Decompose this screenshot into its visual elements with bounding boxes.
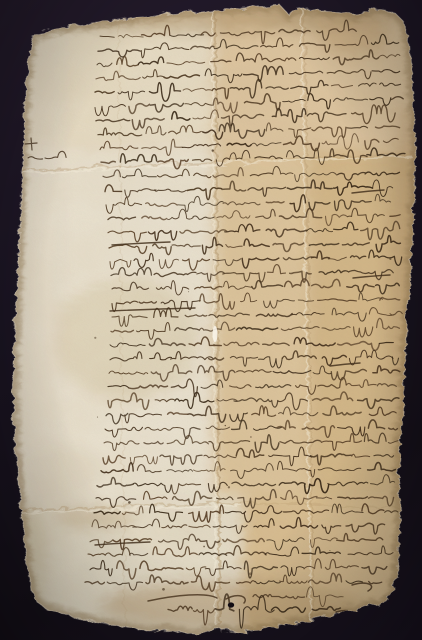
paper-sheet: [0, 0, 422, 640]
manuscript-scene: [0, 0, 422, 640]
manuscript-photo: [0, 0, 422, 640]
